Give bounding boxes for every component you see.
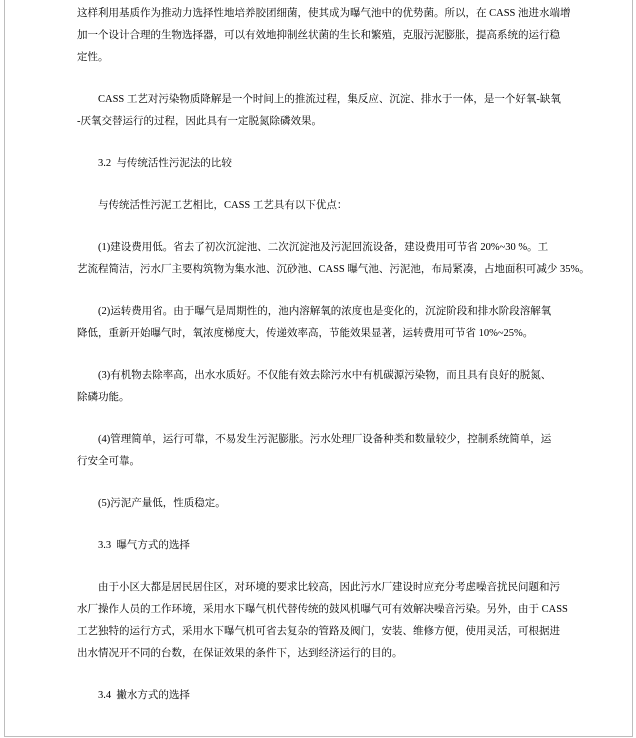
text-line: (2)运转费用省。由于曝气是周期性的，池内溶解氧的浓度也是变化的，沉淀阶段和排水… — [77, 301, 569, 323]
text-line: (3)有机物去除率高，出水水质好。不仅能有效去除污水中有机碳源污染物，而且具有良… — [77, 365, 569, 387]
section-heading: 3.4 撇水方式的选择 — [77, 685, 569, 707]
text-line: 降低，重新开始曝气时，氧浓度梯度大，传递效率高，节能效果显著，运转费用可节省 1… — [77, 323, 569, 345]
section-heading: 3.2 与传统活性污泥法的比较 — [77, 153, 569, 175]
text-line: 水厂操作人员的工作环境，采用水下曝气机代替传统的鼓风机曝气可有效解决噪音污染。另… — [77, 599, 569, 621]
text-line: 工艺独特的运行方式，采用水下曝气机可省去复杂的管路及阀门，安装、维修方便，使用灵… — [77, 621, 569, 643]
page-content: 这样利用基质作为推动力选择性地培养胶团细菌，使其成为曝气池中的优势菌。所以，在 … — [77, 3, 569, 707]
heading-line: 3.4 撇水方式的选择 — [77, 685, 569, 707]
paragraph: 与传统活性污泥工艺相比，CASS 工艺具有以下优点： — [77, 195, 569, 217]
text-line: 出水情况开不同的台数，在保证效果的条件下，达到经济运行的目的。 — [77, 643, 569, 665]
heading-line: 3.2 与传统活性污泥法的比较 — [77, 153, 569, 175]
paragraph: CASS 工艺对污染物质降解是一个时间上的推流过程，集反应、沉淀、排水于一体，是… — [77, 89, 569, 133]
text-line: -厌氧交替运行的过程，因此具有一定脱氮除磷效果。 — [77, 111, 569, 133]
text-line: 行安全可靠。 — [77, 451, 569, 473]
text-line: 定性。 — [77, 47, 569, 69]
text-line: 与传统活性污泥工艺相比，CASS 工艺具有以下优点： — [77, 195, 569, 217]
text-line: 加一个设计合理的生物选择器，可以有效地抑制丝状菌的生长和繁殖，克服污泥膨胀，提高… — [77, 25, 569, 47]
paragraph: 由于小区大都是居民居住区，对环境的要求比较高，因此污水厂建设时应充分考虑噪音扰民… — [77, 577, 569, 665]
text-line: (1)建设费用低。省去了初次沉淀池、二次沉淀池及污泥回流设备，建设费用可节省 2… — [77, 237, 569, 259]
paragraph: (4)管理简单，运行可靠，不易发生污泥膨胀。污水处理厂设备种类和数量较少，控制系… — [77, 429, 569, 473]
paragraph: (1)建设费用低。省去了初次沉淀池、二次沉淀池及污泥回流设备，建设费用可节省 2… — [77, 237, 569, 281]
paragraph: 这样利用基质作为推动力选择性地培养胶团细菌，使其成为曝气池中的优势菌。所以，在 … — [77, 3, 569, 69]
text-line: (5)污泥产量低，性质稳定。 — [77, 493, 569, 515]
text-line: 除磷功能。 — [77, 387, 569, 409]
section-heading: 3.3 曝气方式的选择 — [77, 535, 569, 557]
text-line: 这样利用基质作为推动力选择性地培养胶团细菌，使其成为曝气池中的优势菌。所以，在 … — [77, 3, 569, 25]
paragraph: (3)有机物去除率高，出水水质好。不仅能有效去除污水中有机碳源污染物，而且具有良… — [77, 365, 569, 409]
text-line: CASS 工艺对污染物质降解是一个时间上的推流过程，集反应、沉淀、排水于一体，是… — [77, 89, 569, 111]
paragraph: (2)运转费用省。由于曝气是周期性的，池内溶解氧的浓度也是变化的，沉淀阶段和排水… — [77, 301, 569, 345]
document-page: 这样利用基质作为推动力选择性地培养胶团细菌，使其成为曝气池中的优势菌。所以，在 … — [4, 0, 633, 737]
text-line: (4)管理简单，运行可靠，不易发生污泥膨胀。污水处理厂设备种类和数量较少，控制系… — [77, 429, 569, 451]
text-line: 由于小区大都是居民居住区，对环境的要求比较高，因此污水厂建设时应充分考虑噪音扰民… — [77, 577, 569, 599]
paragraph: (5)污泥产量低，性质稳定。 — [77, 493, 569, 515]
heading-line: 3.3 曝气方式的选择 — [77, 535, 569, 557]
text-line: 艺流程简洁，污水厂主要构筑物为集水池、沉砂池、CASS 曝气池、污泥池，布局紧凑… — [77, 259, 569, 281]
